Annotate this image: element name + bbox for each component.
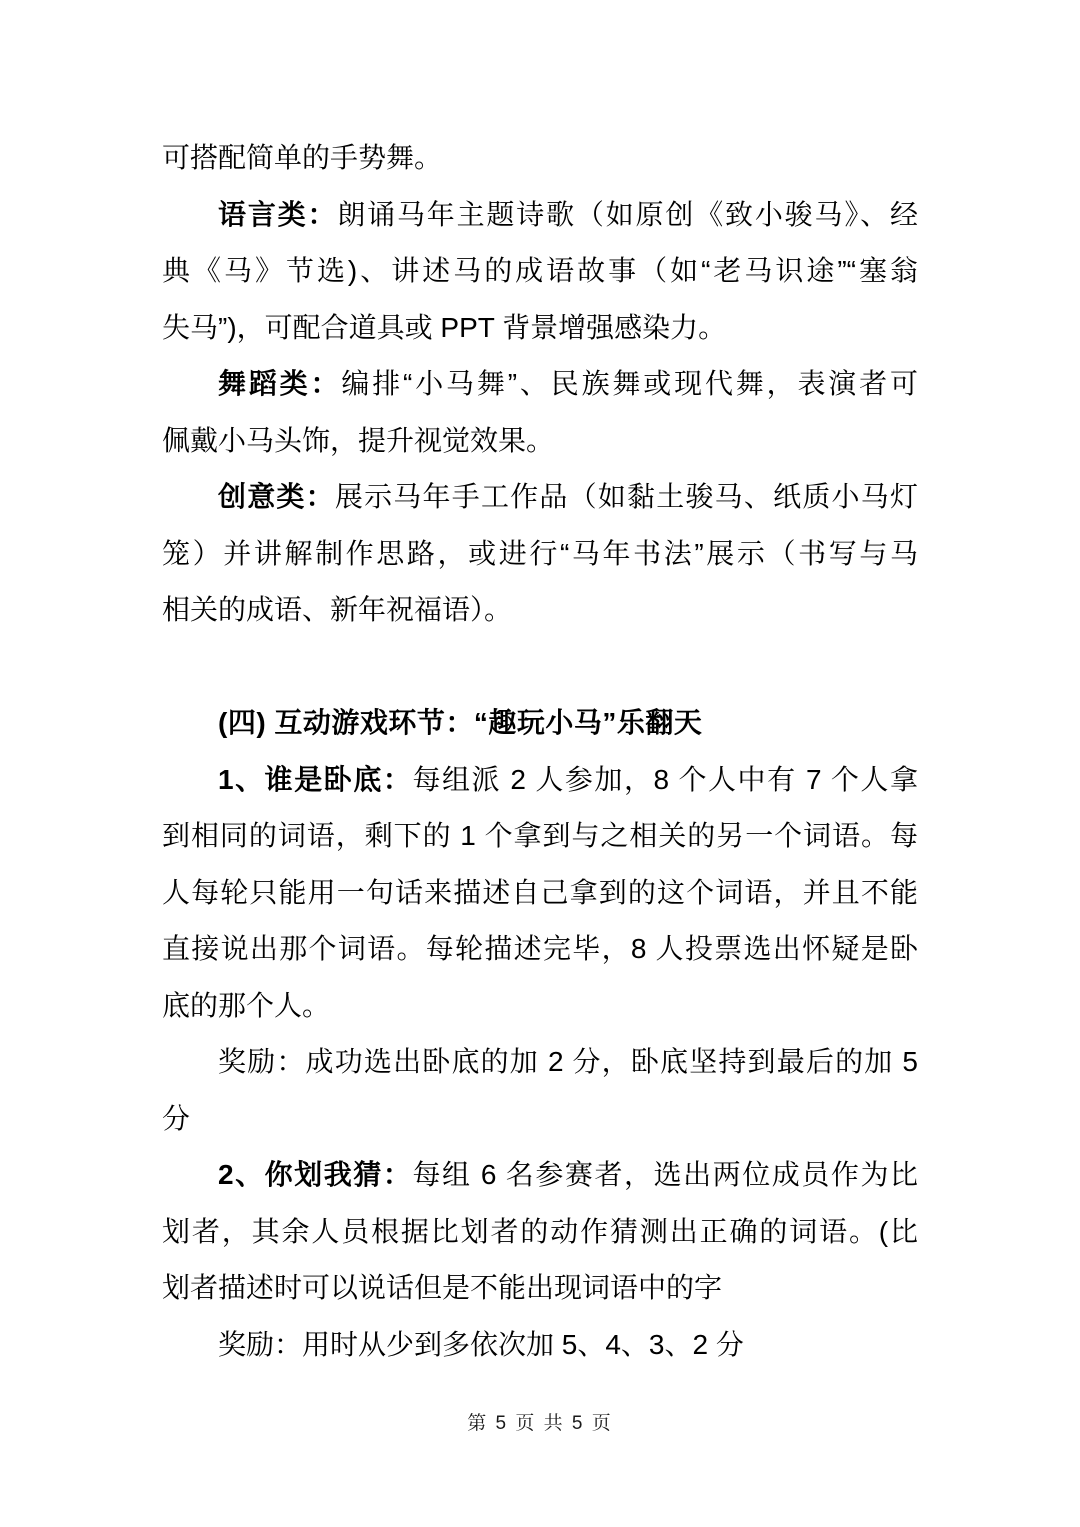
- text-run: 直接说出那个词语。每轮描述完毕，8 人投票选出怀疑是卧: [162, 933, 918, 964]
- document-body: 可搭配简单的手势舞。语言类：朗诵马年主题诗歌（如原创《致小骏马》、经典《马》节选…: [162, 130, 918, 1373]
- text-run: 朗诵马年主题诗歌（如原创《致小骏马》、经: [337, 199, 918, 230]
- text-line: 笼）并讲解制作思路，或进行“马年书法”展示（书写与马: [162, 526, 918, 583]
- bold-label: 语言类：: [218, 199, 337, 230]
- text-line: 奖励：成功选出卧底的加 2 分，卧底坚持到最后的加 5: [162, 1034, 918, 1091]
- text-run: 典《马》节选)、讲述马的成语故事（如“老马识途”“塞翁: [162, 255, 918, 286]
- text-run: 底的那个人。: [162, 990, 330, 1021]
- text-run: 划者描述时可以说话但是不能出现词语中的字: [162, 1272, 722, 1303]
- text-run: 到相同的词语，剩下的 1 个拿到与之相关的另一个词语。每: [162, 820, 918, 851]
- text-line: 典《马》节选)、讲述马的成语故事（如“老马识途”“塞翁: [162, 243, 918, 300]
- bold-label: 2、你划我猜：: [218, 1159, 412, 1190]
- text-run: 笼）并讲解制作思路，或进行“马年书法”展示（书写与马: [162, 538, 918, 569]
- bold-label: 1、谁是卧底：: [218, 764, 412, 795]
- text-line: 相关的成语、新年祝福语）。: [162, 582, 918, 639]
- text-line: 底的那个人。: [162, 978, 918, 1035]
- bold-label: 创意类：: [218, 481, 335, 512]
- text-line: 到相同的词语，剩下的 1 个拿到与之相关的另一个词语。每: [162, 808, 918, 865]
- text-run: 可搭配简单的手势舞。: [162, 142, 442, 173]
- text-line: 奖励：用时从少到多依次加 5、4、3、2 分: [162, 1317, 918, 1374]
- text-line: 失马”)，可配合道具或 PPT 背景增强感染力。: [162, 300, 918, 357]
- page-footer: 第 5 页 共 5 页: [0, 1408, 1080, 1435]
- text-run: 每组 6 名参赛者，选出两位成员作为比: [412, 1159, 918, 1190]
- text-run: 划者，其余人员根据比划者的动作猜测出正确的词语。(比: [162, 1216, 918, 1247]
- text-run: 分: [162, 1103, 190, 1134]
- text-line: 1、谁是卧底：每组派 2 人参加，8 个人中有 7 个人拿: [162, 752, 918, 809]
- text-run: 奖励：用时从少到多依次加 5、4、3、2 分: [218, 1329, 744, 1360]
- text-line: 可搭配简单的手势舞。: [162, 130, 918, 187]
- text-run: 每组派 2 人参加，8 个人中有 7 个人拿: [412, 764, 918, 795]
- text-line: 2、你划我猜：每组 6 名参赛者，选出两位成员作为比: [162, 1147, 918, 1204]
- text-line: 语言类：朗诵马年主题诗歌（如原创《致小骏马》、经: [162, 187, 918, 244]
- text-run: 奖励：成功选出卧底的加 2 分，卧底坚持到最后的加 5: [218, 1046, 918, 1077]
- text-run: 人每轮只能用一句话来描述自己拿到的这个词语，并且不能: [162, 877, 918, 908]
- text-run: 展示马年手工作品（如黏土骏马、纸质小马灯: [335, 481, 918, 512]
- document-page: 可搭配简单的手势舞。语言类：朗诵马年主题诗歌（如原创《致小骏马》、经典《马》节选…: [0, 0, 1080, 1527]
- bold-label: (四) 互动游戏环节：“趣玩小马”乐翻天: [218, 707, 702, 738]
- text-line: 人每轮只能用一句话来描述自己拿到的这个词语，并且不能: [162, 865, 918, 922]
- text-line: 分: [162, 1091, 918, 1148]
- text-line: 创意类：展示马年手工作品（如黏土骏马、纸质小马灯: [162, 469, 918, 526]
- text-line: 划者描述时可以说话但是不能出现词语中的字: [162, 1260, 918, 1317]
- section-heading: (四) 互动游戏环节：“趣玩小马”乐翻天: [162, 695, 918, 752]
- bold-label: 舞蹈类：: [218, 368, 341, 399]
- blank-line: [162, 639, 918, 696]
- text-line: 直接说出那个词语。每轮描述完毕，8 人投票选出怀疑是卧: [162, 921, 918, 978]
- text-run: 编排“小马舞”、民族舞或现代舞，表演者可: [341, 368, 918, 399]
- text-run: 相关的成语、新年祝福语）。: [162, 594, 512, 625]
- page-number-label: 第 5 页 共 5 页: [467, 1413, 613, 1434]
- text-line: 舞蹈类：编排“小马舞”、民族舞或现代舞，表演者可: [162, 356, 918, 413]
- text-run: 失马”)，可配合道具或 PPT 背景增强感染力。: [162, 312, 726, 343]
- text-line: 佩戴小马头饰，提升视觉效果。: [162, 413, 918, 470]
- text-run: 佩戴小马头饰，提升视觉效果。: [162, 425, 554, 456]
- text-line: 划者，其余人员根据比划者的动作猜测出正确的词语。(比: [162, 1204, 918, 1261]
